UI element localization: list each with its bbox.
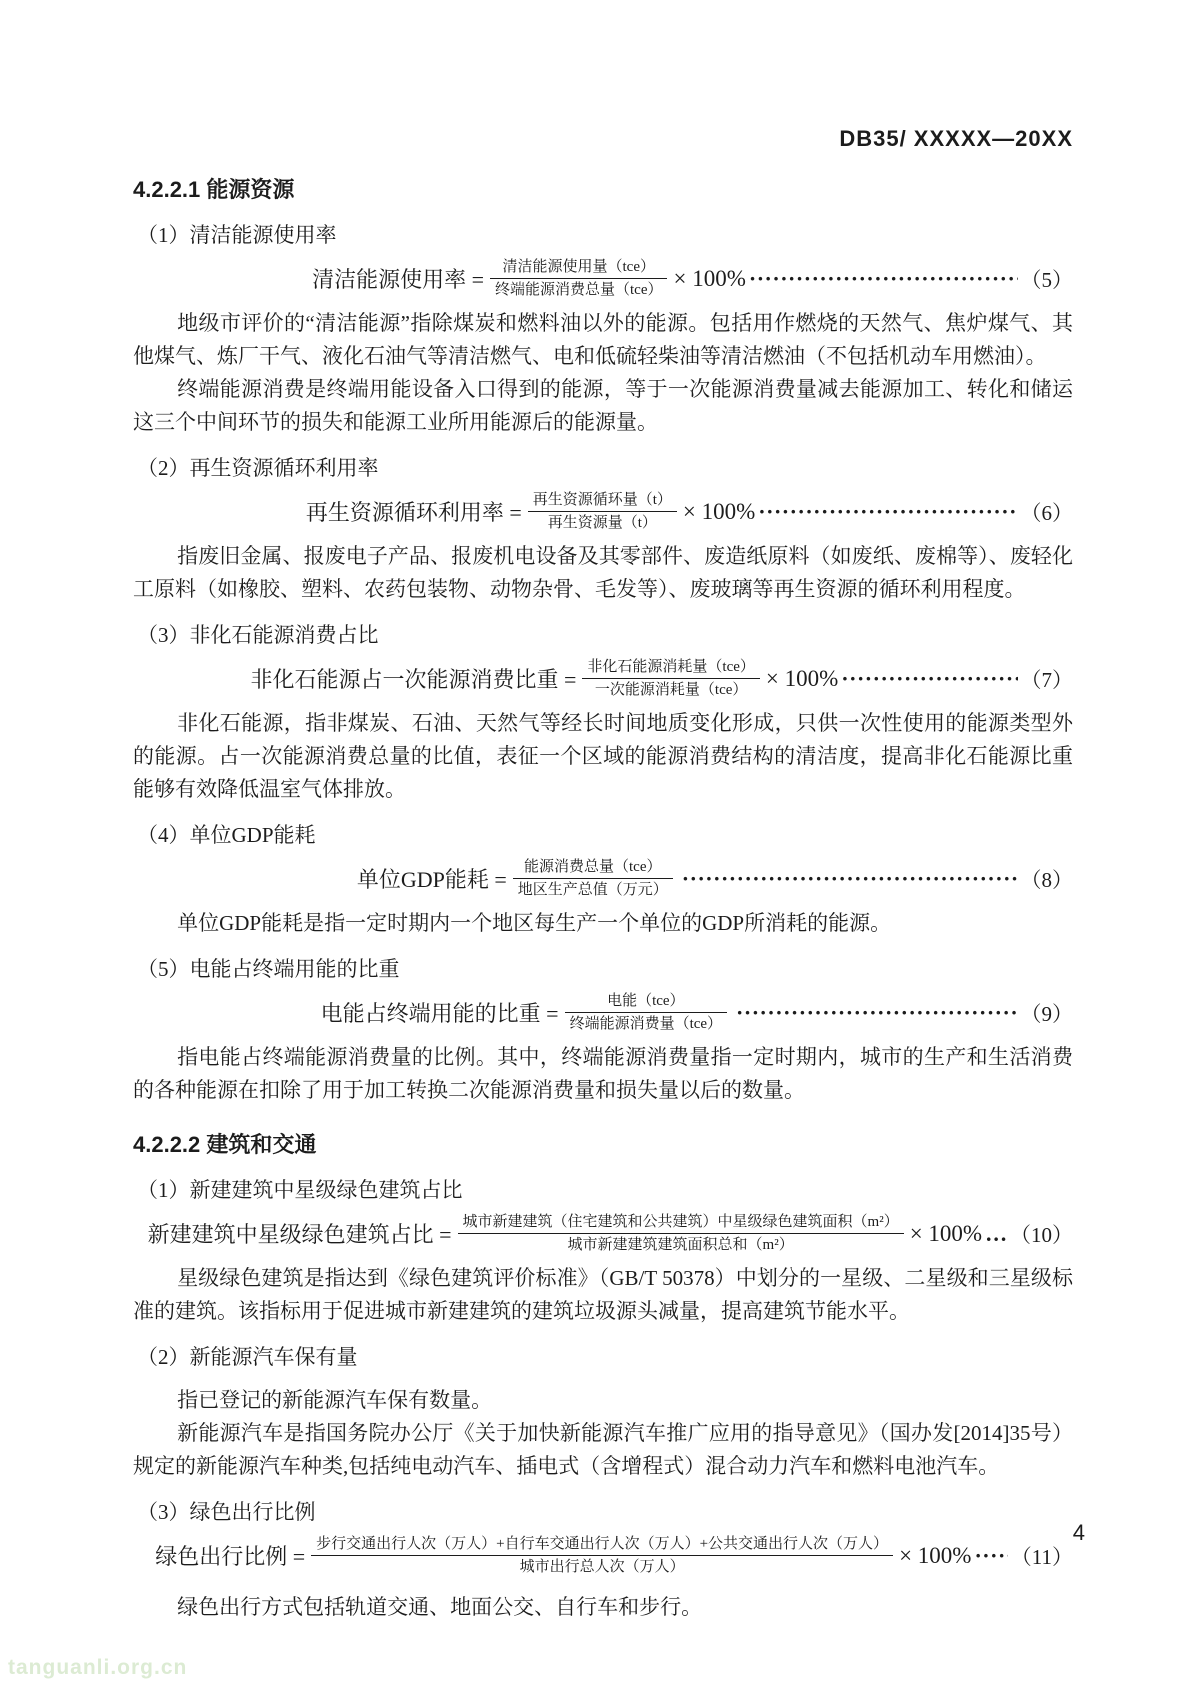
paragraph: 指废旧金属、报废电子产品、报废机电设备及其零部件、废造纸原料（如废纸、废棉等）、… <box>133 540 1073 606</box>
indicator-label: （4）单位GDP能耗 <box>133 820 1073 850</box>
formula-fraction: 电能（tce） 终端能源消费量（tce） <box>565 991 727 1034</box>
fraction-numerator: 步行交通出行人次（万人）+自行车交通出行人次（万人）+公共交通出行人次（万人） <box>311 1534 893 1556</box>
formula-multiplier: × 100% <box>667 266 745 292</box>
indicator-label: （1）新建建筑中星级绿色建筑占比 <box>133 1175 1073 1205</box>
page-number: 4 <box>1073 1520 1085 1546</box>
dots-leader: …………………………………… <box>985 1221 1007 1247</box>
indicator-label: （2）再生资源循环利用率 <box>133 453 1073 483</box>
indicator-label: （5）电能占终端用能的比重 <box>133 954 1073 984</box>
paragraph: 非化石能源，指非煤炭、石油、天然气等经长时间地质变化形成，只供一次性使用的能源类… <box>133 707 1073 806</box>
dots-leader: ········································… <box>682 866 1018 892</box>
formula-fraction: 再生资源循环量（t） 再生资源量（t） <box>528 490 677 533</box>
dots-leader: ········································… <box>749 266 1018 292</box>
fraction-numerator: 电能（tce） <box>565 991 727 1013</box>
formula-lhs: 单位GDP能耗 = <box>357 863 513 894</box>
formula-lhs: 新建建筑中星级绿色建筑占比 = <box>148 1218 458 1249</box>
indicator-label: （1）清洁能源使用率 <box>133 220 1073 250</box>
formula-fraction: 能源消费总量（tce） 地区生产总值（万元） <box>513 857 673 900</box>
dots-leader: ········································… <box>736 1000 1017 1026</box>
fraction-numerator: 能源消费总量（tce） <box>513 857 673 879</box>
fraction-denominator: 终端能源消费总量（tce） <box>490 279 667 300</box>
watermark: tanguanli.org.cn <box>8 1656 187 1680</box>
fraction-numerator: 再生资源循环量（t） <box>528 490 677 512</box>
page-content: DB35/ XXXXX—20XX 4.2.2.1 能源资源 （1）清洁能源使用率… <box>133 126 1073 1624</box>
indicator-item-non-fossil: （3）非化石能源消费占比 非化石能源占一次能源消费比重 = 非化石能源消耗量（t… <box>133 620 1073 806</box>
fraction-denominator: 城市出行总人次（万人） <box>311 1556 893 1577</box>
formula-lhs: 绿色出行比例 = <box>155 1540 311 1571</box>
formula-multiplier: × 100% <box>904 1221 982 1247</box>
paragraph: 绿色出行方式包括轨道交通、地面公交、自行车和步行。 <box>133 1591 1073 1624</box>
formula-9: 电能占终端用能的比重 = 电能（tce） 终端能源消费量（tce） ······… <box>133 991 1073 1034</box>
paragraph: 指已登记的新能源汽车保有数量。 <box>133 1384 1073 1417</box>
formula-11: 绿色出行比例 = 步行交通出行人次（万人）+自行车交通出行人次（万人）+公共交通… <box>133 1534 1073 1577</box>
equation-number: （6） <box>1021 497 1074 527</box>
document-page: DB35/ XXXXX—20XX 4.2.2.1 能源资源 （1）清洁能源使用率… <box>0 0 1191 1684</box>
formula-fraction: 步行交通出行人次（万人）+自行车交通出行人次（万人）+公共交通出行人次（万人） … <box>311 1534 893 1577</box>
paragraph: 指电能占终端能源消费量的比例。其中，终端能源消费量指一定时期内，城市的生产和生活… <box>133 1041 1073 1107</box>
equation-number: （9） <box>1021 998 1074 1028</box>
formula-5: 清洁能源使用率 = 清洁能源使用量（tce） 终端能源消费总量（tce） × 1… <box>133 257 1073 300</box>
fraction-denominator: 再生资源量（t） <box>528 512 677 533</box>
formula-8: 单位GDP能耗 = 能源消费总量（tce） 地区生产总值（万元） ·······… <box>133 857 1073 900</box>
indicator-item-electricity-share: （5）电能占终端用能的比重 电能占终端用能的比重 = 电能（tce） 终端能源消… <box>133 954 1073 1107</box>
paragraph: 新能源汽车是指国务院办公厅《关于加快新能源汽车推广应用的指导意见》（国办发[20… <box>133 1417 1073 1483</box>
dots-leader: ········································… <box>758 499 1017 525</box>
equation-number: （5） <box>1021 264 1074 294</box>
fraction-numerator: 清洁能源使用量（tce） <box>490 257 667 279</box>
section-heading-energy: 4.2.2.1 能源资源 <box>133 174 1073 206</box>
equation-number: （8） <box>1021 864 1074 894</box>
indicator-item-recycled-resources: （2）再生资源循环利用率 再生资源循环利用率 = 再生资源循环量（t） 再生资源… <box>133 453 1073 606</box>
equation-number: （7） <box>1021 664 1074 694</box>
section-heading-building-transport: 4.2.2.2 建筑和交通 <box>133 1129 1073 1161</box>
indicator-label: （3）非化石能源消费占比 <box>133 620 1073 650</box>
equation-number: （11） <box>1011 1541 1073 1571</box>
dots-leader: ········································… <box>841 666 1017 692</box>
formula-multiplier: × 100% <box>677 499 755 525</box>
paragraph: 单位GDP能耗是指一定时期内一个地区每生产一个单位的GDP所消耗的能源。 <box>133 907 1073 940</box>
indicator-item-nev-ownership: （2）新能源汽车保有量 指已登记的新能源汽车保有数量。 新能源汽车是指国务院办公… <box>133 1342 1073 1483</box>
indicator-item-clean-energy: （1）清洁能源使用率 清洁能源使用率 = 清洁能源使用量（tce） 终端能源消费… <box>133 220 1073 439</box>
indicator-label: （3）绿色出行比例 <box>133 1497 1073 1527</box>
fraction-denominator: 终端能源消费量（tce） <box>565 1013 727 1034</box>
dots-leader: ···················· <box>974 1543 1007 1569</box>
fraction-numerator: 城市新建建筑（住宅建筑和公共建筑）中星级绿色建筑面积（m²） <box>458 1212 904 1234</box>
indicator-item-green-travel: （3）绿色出行比例 绿色出行比例 = 步行交通出行人次（万人）+自行车交通出行人… <box>133 1497 1073 1624</box>
fraction-denominator: 地区生产总值（万元） <box>513 879 673 900</box>
indicator-label: （2）新能源汽车保有量 <box>133 1342 1073 1372</box>
formula-lhs: 非化石能源占一次能源消费比重 = <box>250 663 582 694</box>
formula-multiplier: × 100% <box>760 666 838 692</box>
formula-6: 再生资源循环利用率 = 再生资源循环量（t） 再生资源量（t） × 100% ·… <box>133 490 1073 533</box>
formula-fraction: 城市新建建筑（住宅建筑和公共建筑）中星级绿色建筑面积（m²） 城市新建建筑建筑面… <box>458 1212 904 1255</box>
paragraph: 终端能源消费是终端用能设备入口得到的能源，等于一次能源消费量减去能源加工、转化和… <box>133 373 1073 439</box>
formula-lhs: 再生资源循环利用率 = <box>306 496 528 527</box>
fraction-numerator: 非化石能源消耗量（tce） <box>582 657 759 679</box>
standard-code-header: DB35/ XXXXX—20XX <box>133 126 1073 152</box>
formula-7: 非化石能源占一次能源消费比重 = 非化石能源消耗量（tce） 一次能源消耗量（t… <box>133 657 1073 700</box>
formula-fraction: 非化石能源消耗量（tce） 一次能源消耗量（tce） <box>582 657 759 700</box>
formula-10: 新建建筑中星级绿色建筑占比 = 城市新建建筑（住宅建筑和公共建筑）中星级绿色建筑… <box>133 1212 1073 1255</box>
formula-multiplier: × 100% <box>893 1543 971 1569</box>
formula-lhs: 电能占终端用能的比重 = <box>321 997 565 1028</box>
fraction-denominator: 城市新建建筑建筑面积总和（m²） <box>458 1234 904 1255</box>
indicator-item-green-building: （1）新建建筑中星级绿色建筑占比 新建建筑中星级绿色建筑占比 = 城市新建建筑（… <box>133 1175 1073 1328</box>
paragraph: 星级绿色建筑是指达到《绿色建筑评价标准》（GB/T 50378）中划分的一星级、… <box>133 1262 1073 1328</box>
formula-lhs: 清洁能源使用率 = <box>312 263 490 294</box>
paragraph: 地级市评价的“清洁能源”指除煤炭和燃料油以外的能源。包括用作燃烧的天然气、焦炉煤… <box>133 307 1073 373</box>
formula-fraction: 清洁能源使用量（tce） 终端能源消费总量（tce） <box>490 257 667 300</box>
fraction-denominator: 一次能源消耗量（tce） <box>582 679 759 700</box>
equation-number: （10） <box>1010 1219 1073 1249</box>
indicator-item-gdp-energy: （4）单位GDP能耗 单位GDP能耗 = 能源消费总量（tce） 地区生产总值（… <box>133 820 1073 940</box>
